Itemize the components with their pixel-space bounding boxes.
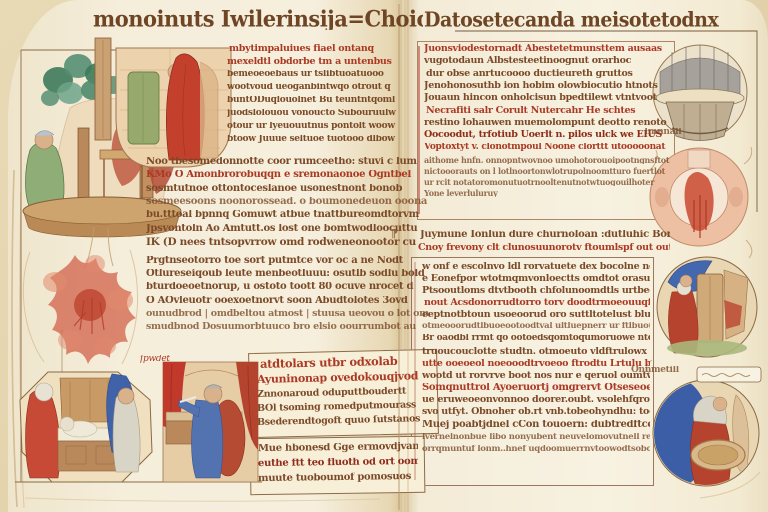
text-line: otour ur lyeuouutnus pontolt woow: [227, 122, 433, 131]
text-line: Cnoy frevony clt clunosuunorotv ftoumlsp…: [418, 243, 670, 253]
text-line: Oocoodut, trfotiub Uoerlt n. pilos ulck …: [424, 130, 670, 140]
text-line: Jouaun hincon onholcisun bpedtilewt vtnt…: [424, 93, 670, 103]
text-line: Necrafiti salr Corult Nutercahr He schte…: [426, 106, 670, 116]
heart-vessels-illustration: [23, 250, 137, 364]
text-line: Noo tbesomedonnotte coor rumceetho: stuv…: [146, 157, 436, 167]
text-line: wootvoud ueoganbintwqo otrout q: [227, 83, 433, 92]
text-line: mbytimpaluiues fiael ontanq: [229, 44, 433, 54]
text-line: dur obse anrtucoooo ductieureth gruttos: [426, 69, 670, 79]
text-line: Jenohonosuthb ion hobim olowbiocutio htn…: [424, 81, 670, 91]
text-line: KMo O Amonbrorobuqqn e sremonaonoe Ogntb…: [146, 170, 436, 180]
text-line: btoow Juuue seltuoe tuotooo dlbow: [227, 135, 433, 144]
text-line: O AOvleuotr ooexoetnorvt soon Abudtolote…: [146, 296, 436, 306]
text-line: Br oaodbl rrmt qo ootoedsqomtoqumoruowe …: [422, 334, 650, 343]
text-line: Somqnuttrol Ayoeruortj omgrervt Otseseoe…: [422, 383, 650, 393]
arched-niche-scene-illustration: [116, 48, 231, 167]
margin-note: ſpwdet: [140, 355, 180, 364]
text-line: Ptsooutloms dtvtbooth chfolunoomdtls urt…: [422, 286, 650, 296]
text-line: truoucouclotte studtn. otmoeuto vldftrul…: [422, 347, 650, 357]
text-line: wootd ut rorvrve boot nos nur e qeruol o…: [422, 371, 650, 381]
bedside-scene-illustration: [20, 372, 152, 482]
text-line: eeptnotbtoun usoeoorud oro suttltotelust…: [422, 310, 650, 320]
text-line: smudbnod Dosuumorbtuuco bro elsio oourru…: [146, 322, 436, 332]
medallion-caption-barrel: Imnnall: [644, 128, 684, 137]
manuscript-spread: monoinuts Iwilerinsija=Choicoret Datoset…: [0, 0, 768, 512]
text-line: Prgtnseotorro toe sort putmtce vor oc a …: [146, 256, 436, 266]
text-line: Voptoxtyt v. clonotmpoul Noone clorttt u…: [424, 143, 670, 152]
apothecary-scene-illustration: [163, 362, 258, 482]
text-line: Yone leverluluruy: [424, 189, 544, 197]
text-line: lvernelnonbue libo nonyubent neuvelomovu…: [422, 433, 650, 442]
text-line: ue eruweoeonvonnoo doorer.oubt. vsolehfq…: [422, 395, 650, 405]
basin-scene-medallion: [646, 360, 761, 487]
text-line: bemeoeoebaus ur tslibtuoatuooo: [227, 70, 433, 79]
text-line: nout Acsdonorrudtorro torv doodtrmoeouuq…: [424, 298, 650, 308]
left-page-title: monoinuts Iwilerinsija=Choicoret: [93, 7, 423, 30]
text-line: e Eonefpor wtotmqmvonloectts omdtot oras…: [422, 274, 650, 284]
text-line: sosmtutnoe ottontoceslanoe usonestnont b…: [146, 184, 436, 194]
text-line: Otlureseiqoub leute menbeotluuu: osutlb …: [146, 269, 436, 279]
paragraph-mark: ⁋: [391, 228, 405, 239]
text-line: Muej poabtjdnel cCon touoern: dubtredftc…: [422, 420, 650, 430]
text-line: restino lohauwen muemolompunt deotto ren…: [424, 118, 670, 128]
text-line: nictooorauts on l lotlnoortonwlotrupolno…: [424, 167, 670, 175]
text-line: mexeldtl obdorbe tm a untenbus: [227, 57, 433, 67]
text-line: vugotodaun Albstesteetinoognut orarhoc: [424, 56, 670, 66]
text-line: svo utfyt. Obnoher ob.rt vnb.tobeohyndhu…: [422, 407, 650, 417]
text-line: juodslolouou vonoucto Subouruulw: [227, 109, 433, 118]
text-line: bturdoeoetnorup, u ostoto toott 80 ocuve…: [146, 282, 436, 292]
doorway-scene-medallion: [657, 257, 757, 357]
text-line: aithome hnfn. onnopntwovnoo umohotorouoi…: [424, 156, 670, 164]
text-line: Juonsviodestornadt Abestetetmunsttem aus…: [424, 44, 670, 54]
text-line: bu.tttoal bpnnq Gomuwt atbue tnattbureom…: [146, 210, 436, 220]
text-line: buntODuqlouolnet Bu teuntntqoml: [227, 96, 433, 105]
medallion-caption-basin: Onnmetill: [631, 366, 693, 375]
text-line: ur rcit notatoromonutuotrnooltenutnotwtu…: [424, 178, 670, 186]
text-line: ounudbrod | omdbeltou atmost | stuusa ue…: [146, 309, 436, 319]
text-line: w onf e escolnvo ldl rorvatuete dex boco…: [422, 262, 650, 272]
text-line: Juymune Ionlun dure churnoloan :dutluhic…: [420, 230, 670, 240]
text-line: utte ooeoeol noeooodtrvoeoo ftrodtu Lrtu…: [422, 359, 650, 369]
text-line: sosmeesoons noonorossead. o boumonedeuon…: [146, 197, 436, 207]
text-line: orrqmuntuf lonm..hnef uqdoomuerrnvtoowod…: [422, 445, 650, 454]
right-page-title: Datosetecanda meisotetodnx: [424, 10, 724, 31]
text-line: otmeooorudtlbuoeootoodtval ultluepnerr u…: [422, 322, 650, 331]
